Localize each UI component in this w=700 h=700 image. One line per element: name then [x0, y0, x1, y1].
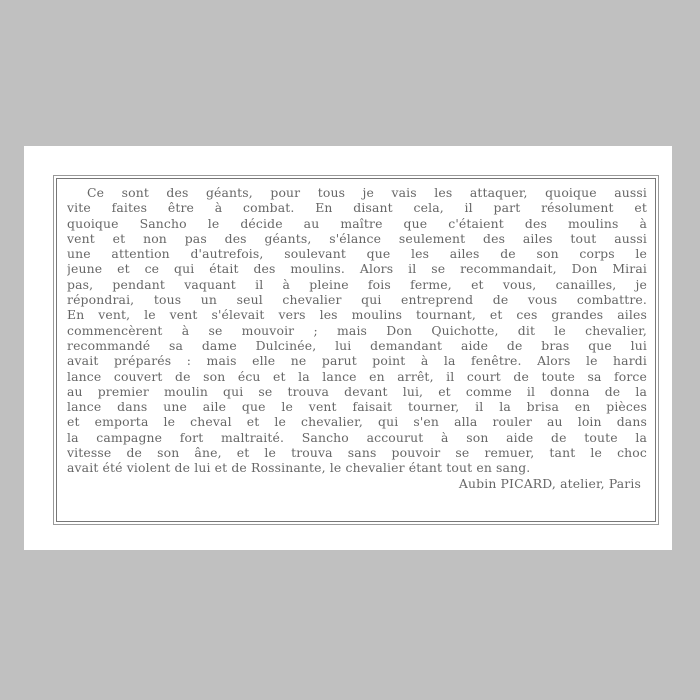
text-line: Ce sont des géants, pour tous je vais le… [67, 185, 647, 200]
text-line: lance dans une aile que le vent faisait … [67, 399, 647, 414]
text-line: vite faites être à combat. En disant cel… [67, 200, 647, 215]
text-line: et emporta le cheval et le chevalier, qu… [67, 414, 647, 429]
text-line: répondrai, tous un seul chevalier qui en… [67, 292, 647, 307]
text-line: lance couvert de son écu et la lance en … [67, 369, 647, 384]
text-line: commencèrent à se mouvoir ; mais Don Qui… [67, 323, 647, 338]
text-line: vent et non pas des géants, s'élance seu… [67, 231, 647, 246]
body-text: Ce sont des géants, pour tous je vais le… [67, 185, 647, 491]
text-line: pas, pendant vaquant il à pleine fois fe… [67, 277, 647, 292]
double-border-frame: Ce sont des géants, pour tous je vais le… [56, 178, 656, 522]
signature: Aubin PICARD, atelier, Paris [67, 476, 647, 491]
text-line: recommandé sa dame Dulcinée, lui demanda… [67, 338, 647, 353]
text-line: jeune et ce qui était des moulins. Alors… [67, 261, 647, 276]
text-line: vitesse de son âne, et le trouva sans po… [67, 445, 647, 460]
printed-card: Ce sont des géants, pour tous je vais le… [24, 146, 672, 550]
text-line: avait préparés : mais elle ne parut poin… [67, 353, 647, 368]
text-line: En vent, le vent s'élevait vers les moul… [67, 307, 647, 322]
text-line: la campagne fort maltraité. Sancho accou… [67, 430, 647, 445]
text-line: au premier moulin qui se trouva devant l… [67, 384, 647, 399]
text-line: avait été violent de lui et de Rossinant… [67, 460, 647, 475]
text-line: une attention d'autrefois, soulevant que… [67, 246, 647, 261]
text-line: quoique Sancho le décide au maître que c… [67, 216, 647, 231]
